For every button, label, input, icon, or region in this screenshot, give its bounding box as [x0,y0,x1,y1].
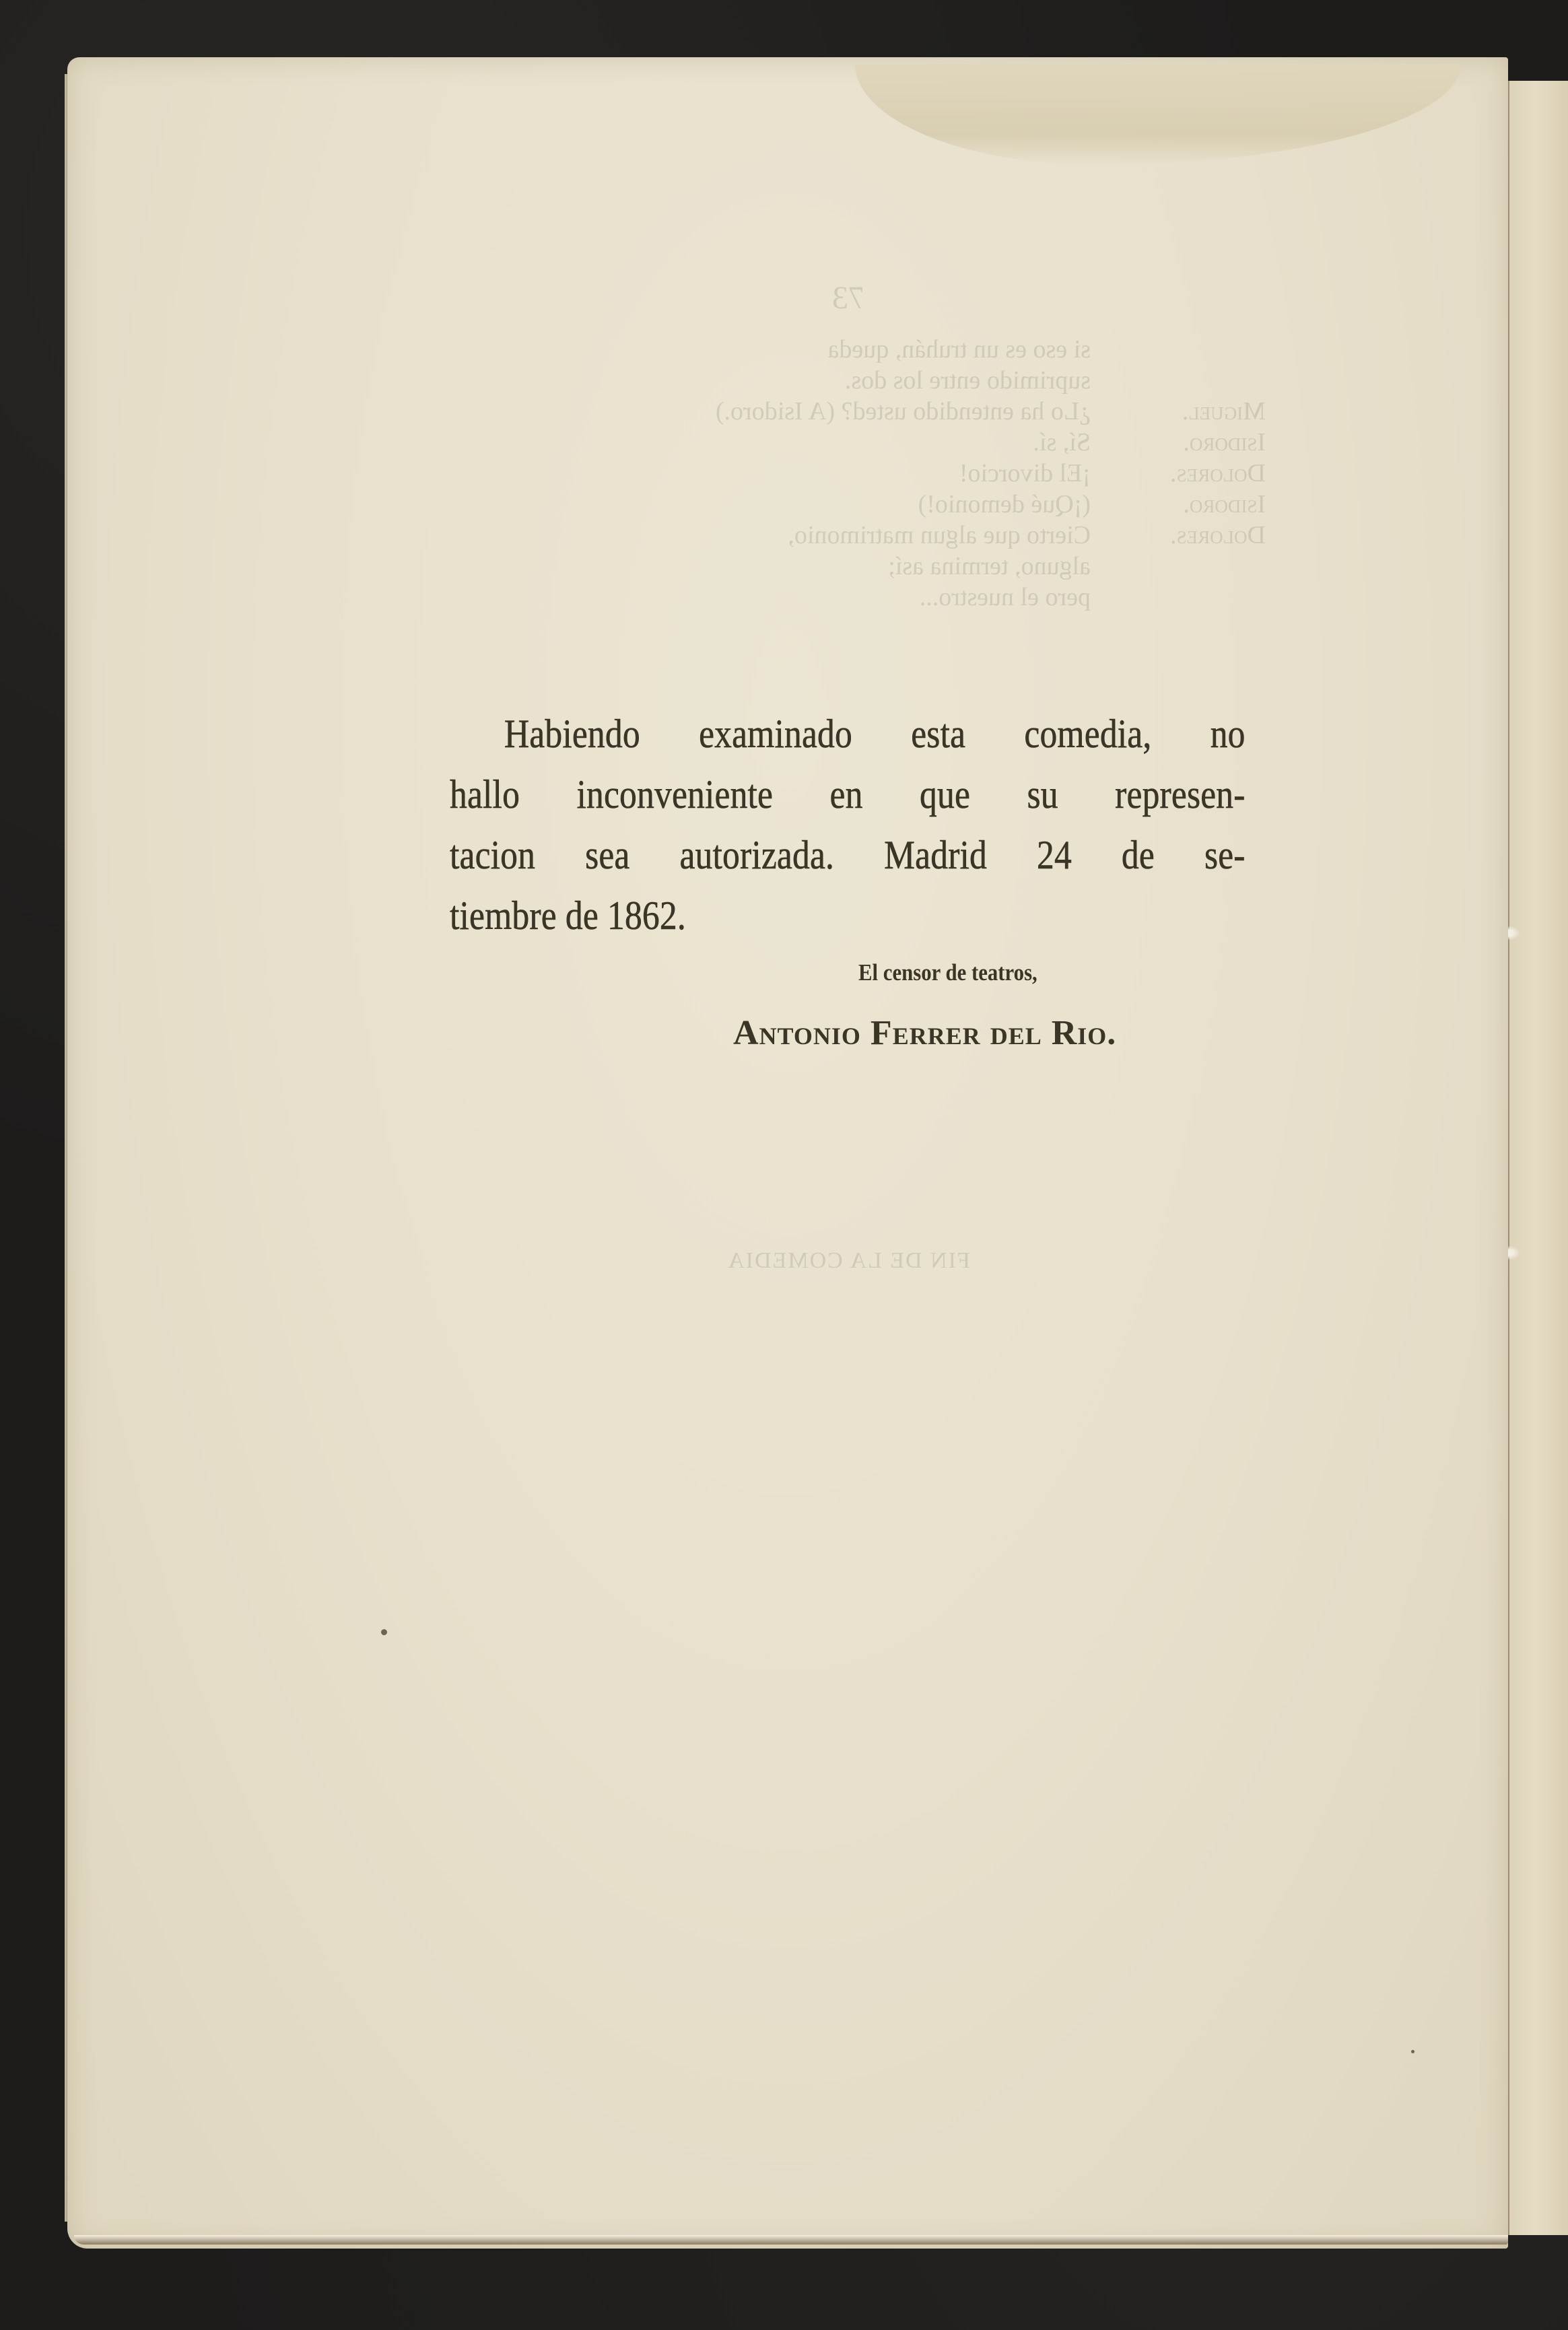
signature-title: El censor de teatros, [858,959,1037,986]
censor-approval: Habiendo examinado esta comedia, no hall… [450,704,1246,946]
ink-speck [381,1629,387,1635]
book-page [67,57,1508,2249]
facing-page-edge [1508,81,1568,2235]
approval-paragraph: Habiendo examinado esta comedia, no hall… [450,704,1246,946]
approval-line: hallo inconveniente en que su represen- [450,764,1246,825]
approval-line: Habiendo examinado esta comedia, no [450,704,1246,764]
ink-speck [1411,2050,1414,2053]
approval-line: tiembre de 1862. [450,885,1246,946]
approval-line: tacion sea autorizada. Madrid 24 de se- [450,825,1246,885]
signature-name: Antonio Ferrer del Rio. [733,1013,1116,1053]
page-bottom-edge [74,2235,1508,2245]
